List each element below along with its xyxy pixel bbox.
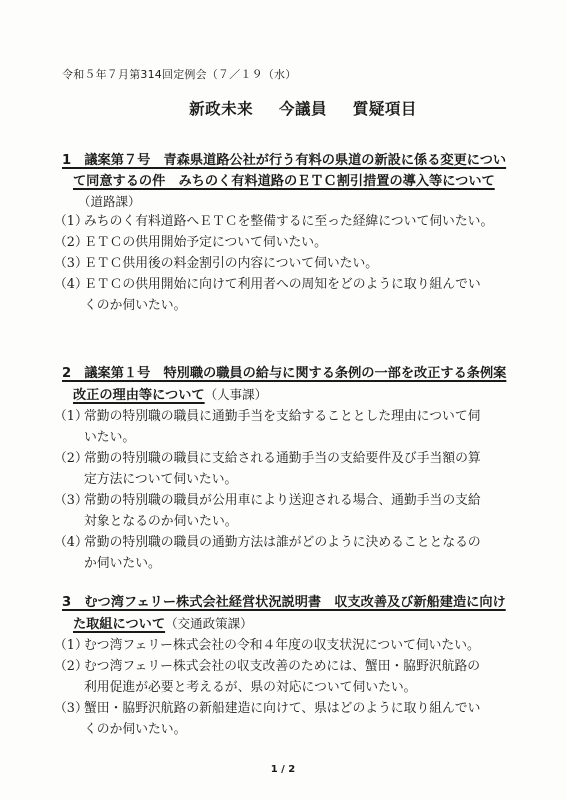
page-number: 1 / 2: [0, 764, 566, 775]
question: （1）みちのく有料道路へＥＴＣを整備するに至った経緯について伺いたい。: [62, 211, 532, 232]
title-party: 新政未来: [189, 100, 253, 118]
section-heading: 3 むつ湾フェリー株式会社経営状況説明書 収支改善及び新船建造に向け た取組につ…: [62, 592, 532, 635]
question: （4）ＥＴＣの供用開始に向けて利用者への周知をどのように取り組んでいくのか伺いた…: [62, 274, 532, 316]
section-3: 3 むつ湾フェリー株式会社経営状況説明書 収支改善及び新船建造に向け た取組につ…: [62, 592, 532, 740]
question: （3）ＥＴＣ供用後の料金割引の内容について伺いたい。: [62, 253, 532, 274]
question: （3）常勤の特別職の職員が公用車により送迎される場合、通勤手当の支給対象となるの…: [62, 490, 532, 532]
meeting-info: 令和５年７月第314回定例会（７／１９（水）: [62, 66, 296, 82]
title-member: 今議員: [279, 100, 327, 118]
question: （2）ＥＴＣの供用開始予定について伺いたい。: [62, 232, 532, 253]
question: （3）蟹田・脇野沢航路の新船建造に向けて、県はどのように取り組んでいくのか伺いた…: [62, 698, 532, 740]
department: （人事課）: [205, 387, 268, 402]
section-2: 2 議案第１号 特別職の職員の給与に関する条例の一部を改正する条例案 改正の理由…: [62, 363, 532, 574]
title-subject: 質疑項目: [353, 100, 417, 118]
question: （2）むつ湾フェリー株式会社の収支改善のためには、蟹田・脇野沢航路の利用促進が必…: [62, 656, 532, 698]
section-1: 1 議案第７号 青森県道路公社が行う有料の県道の新設に係る変更につい て同意する…: [62, 150, 532, 316]
section-heading: 2 議案第１号 特別職の職員の給与に関する条例の一部を改正する条例案 改正の理由…: [62, 363, 532, 406]
question: （2）常勤の特別職の職員に支給される通勤手当の支給要件及び手当額の算定方法につい…: [62, 448, 532, 490]
page-title: 新政未来 今議員 質疑項目: [0, 97, 566, 119]
section-heading: 1 議案第７号 青森県道路公社が行う有料の県道の新設に係る変更につい て同意する…: [62, 150, 532, 192]
department: （交通政策課）: [165, 616, 253, 631]
question: （1）むつ湾フェリー株式会社の令和４年度の収支状況について伺いたい。: [62, 635, 532, 656]
department: （道路課）: [62, 192, 532, 211]
question: （4）常勤の特別職の職員の通勤方法は誰がどのように決めることとなるのか伺いたい。: [62, 532, 532, 574]
question: （1）常勤の特別職の職員に通勤手当を支給することとした理由について伺いたい。: [62, 406, 532, 448]
